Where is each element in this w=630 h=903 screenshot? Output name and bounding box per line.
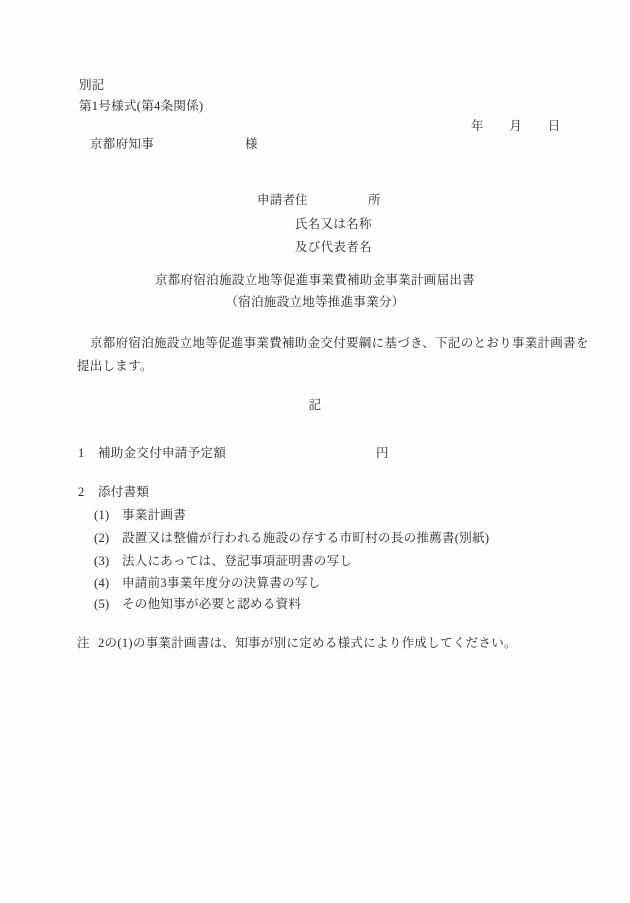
attachment-5-number: (5) bbox=[94, 597, 109, 613]
attachment-4-number: (4) bbox=[94, 576, 109, 592]
attachment-3-text: 法人にあっては、登記事項証明書の写し bbox=[122, 554, 352, 570]
note-label: 注 bbox=[77, 636, 90, 652]
document-title: 京都府宿泊施設立地等促進事業費補助金事業計画届出書 bbox=[0, 273, 630, 289]
body-line-1: 京都府宿泊施設立地等促進事業費補助金交付要綱に基づき、下記のとおり事業計画書を bbox=[90, 336, 589, 352]
annex-label: 別記 bbox=[79, 78, 105, 94]
applicant-representative-label: 及び代表者名 bbox=[295, 240, 372, 256]
item-1-label: 補助金交付申請予定額 bbox=[98, 446, 226, 462]
attachment-4-text: 申請前3事業年度分の決算書の写し bbox=[122, 576, 321, 592]
applicant-address-label-right: 所 bbox=[368, 193, 381, 209]
addressee-honorific: 様 bbox=[245, 137, 258, 153]
document-subtitle: （宿泊施設立地等推進事業分） bbox=[0, 295, 630, 311]
record-marker: 記 bbox=[0, 398, 630, 414]
attachment-2-number: (2) bbox=[94, 531, 109, 547]
attachment-1-text: 事業計画書 bbox=[122, 508, 186, 524]
addressee: 京都府知事 bbox=[90, 137, 154, 153]
form-number: 第1号様式(第4条関係) bbox=[79, 99, 203, 115]
item-1-unit: 円 bbox=[376, 446, 389, 462]
item-1-number: 1 bbox=[78, 446, 85, 462]
applicant-label: 申請者 bbox=[257, 193, 295, 209]
body-line-2: 提出します。 bbox=[77, 359, 153, 375]
attachment-2-text: 設置又は整備が行われる施設の存する市町村の長の推薦書(別紙) bbox=[122, 531, 489, 547]
applicant-address-label-left: 住 bbox=[295, 193, 308, 209]
attachment-5-text: その他知事が必要と認める資料 bbox=[122, 597, 301, 613]
applicant-name-label: 氏名又は名称 bbox=[295, 217, 372, 233]
item-2-label: 添付書類 bbox=[98, 485, 149, 501]
date-line: 年 月 日 bbox=[471, 119, 561, 135]
document-page: 別記 第1号様式(第4条関係) 年 月 日 京都府知事 様 申請者 住 所 氏名… bbox=[0, 0, 630, 903]
attachment-3-number: (3) bbox=[94, 554, 109, 570]
note-text: 2の(1)の事業計画書は、知事が別に定める様式により作成してください。 bbox=[98, 636, 517, 652]
attachment-1-number: (1) bbox=[94, 508, 109, 524]
item-2-number: 2 bbox=[78, 485, 85, 501]
